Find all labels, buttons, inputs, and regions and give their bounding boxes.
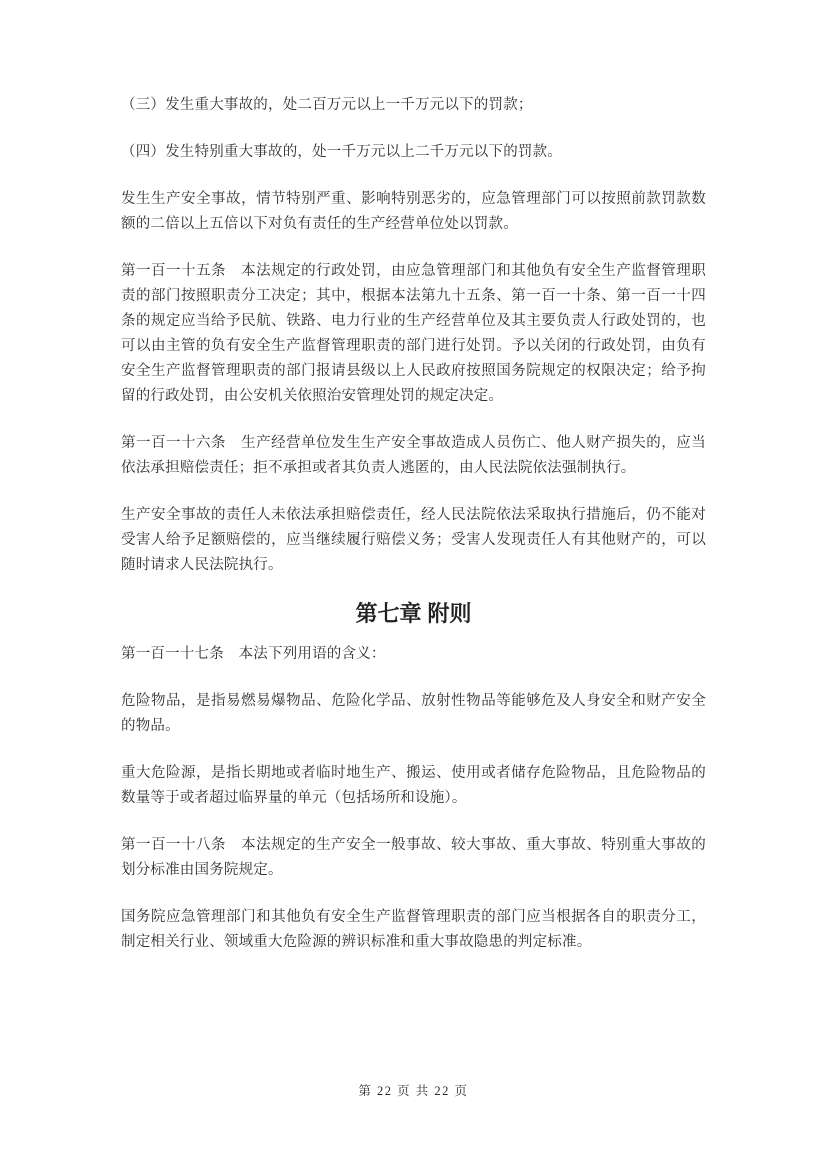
page-number-footer: 第 22 页 共 22 页: [0, 1082, 827, 1100]
paragraph-article-118: 第一百一十八条 本法规定的生产安全一般事故、较大事故、重大事故、特别重大事故的划…: [121, 833, 706, 883]
paragraph: 国务院应急管理部门和其他负有安全生产监督管理职责的部门应当根据各自的职责分工，制…: [121, 905, 706, 955]
paragraph: 危险物品，是指易燃易爆物品、危险化学品、放射性物品等能够危及人身安全和财产安全的…: [121, 689, 706, 739]
paragraph: 发生生产安全事故，情节特别严重、影响特别恶劣的，应急管理部门可以按照前款罚款数额…: [121, 187, 706, 237]
paragraph: （四）发生特别重大事故的，处一千万元以上二千万元以下的罚款。: [121, 140, 706, 165]
paragraph-article-116: 第一百一十六条 生产经营单位发生生产安全事故造成人员伤亡、他人财产损失的，应当依…: [121, 431, 706, 481]
paragraph: 重大危险源，是指长期地或者临时地生产、搬运、使用或者储存危险物品，且危险物品的数…: [121, 761, 706, 811]
document-page: （三）发生重大事故的，处二百万元以上一千万元以下的罚款； （四）发生特别重大事故…: [0, 0, 827, 1170]
paragraph: 生产安全事故的责任人未依法承担赔偿责任，经人民法院依法采取执行措施后，仍不能对受…: [121, 503, 706, 578]
page-content: （三）发生重大事故的，处二百万元以上一千万元以下的罚款； （四）发生特别重大事故…: [121, 93, 706, 977]
paragraph: （三）发生重大事故的，处二百万元以上一千万元以下的罚款；: [121, 93, 706, 118]
paragraph-article-115: 第一百一十五条 本法规定的行政处罚，由应急管理部门和其他负有安全生产监督管理职责…: [121, 259, 706, 409]
paragraph-article-117: 第一百一十七条 本法下列用语的含义：: [121, 642, 706, 667]
chapter-heading: 第七章 附则: [121, 600, 706, 628]
